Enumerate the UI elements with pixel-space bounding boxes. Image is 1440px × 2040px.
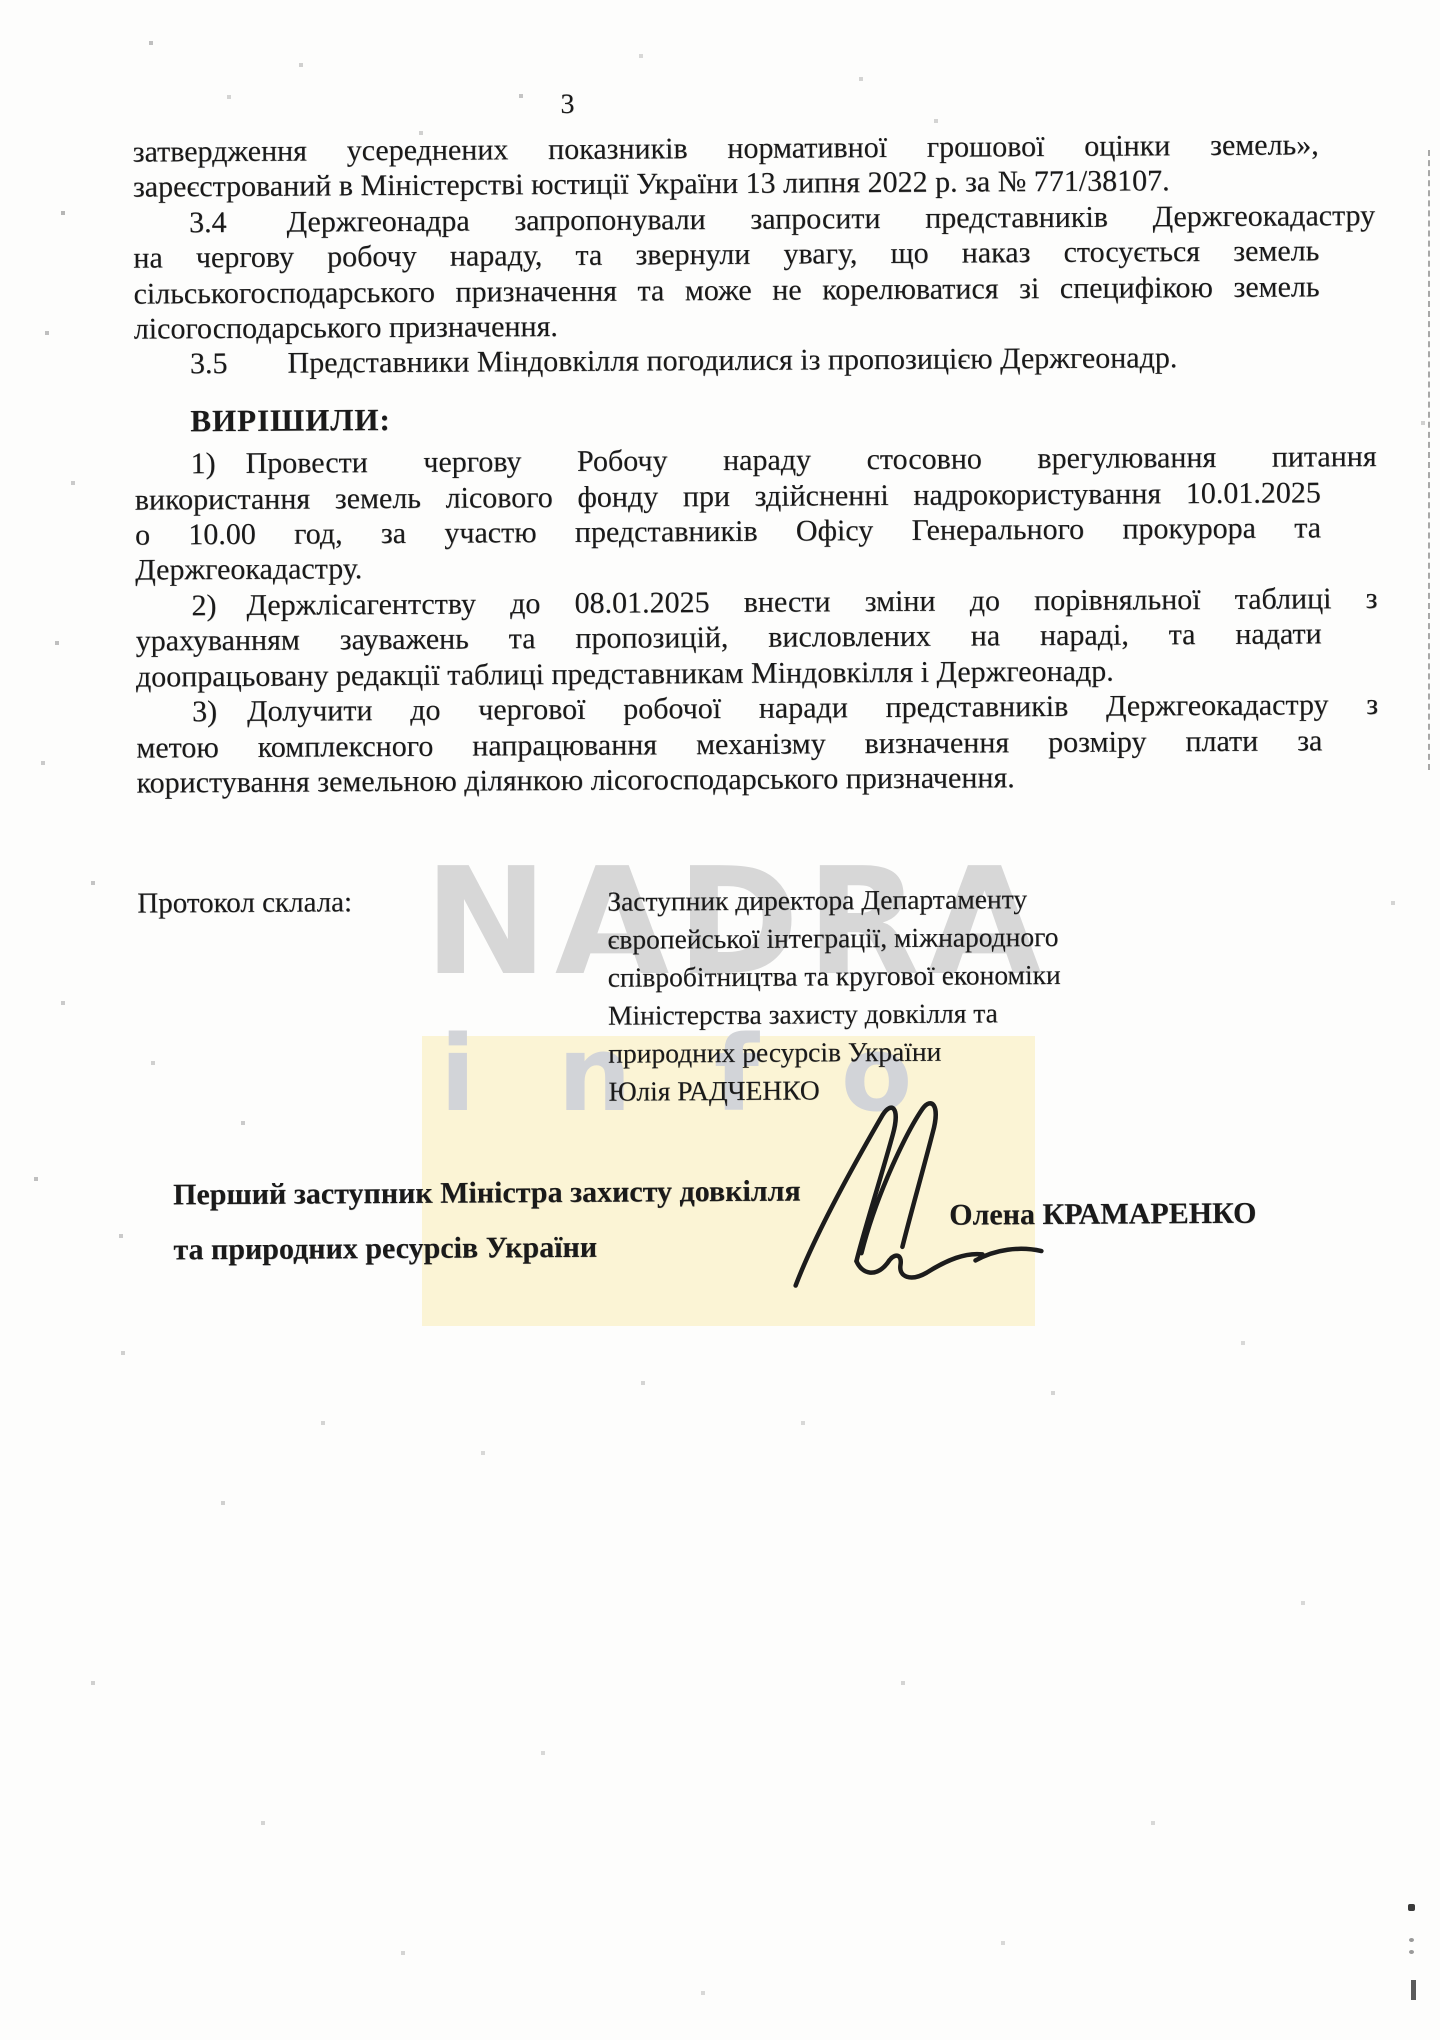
scan-speck xyxy=(1409,1938,1414,1942)
scan-speck xyxy=(1408,1904,1415,1911)
scan-noise xyxy=(0,0,2,2)
scan-speck xyxy=(1409,1950,1414,1954)
doc-line: сільськогосподарського призначення та мо… xyxy=(133,269,1319,312)
author-title-line: природних ресурсів України xyxy=(608,1032,1078,1073)
author-title-line: Міністерства захисту довкілля та xyxy=(608,994,1078,1035)
protocol-author-label: Протокол склала: xyxy=(137,886,352,920)
author-title-line: співробітництва та кругової економіки xyxy=(608,956,1078,997)
signer-name: Олена КРАМАРЕНКО xyxy=(949,1197,1256,1233)
author-title-block: Заступник директора Департаментуєвропейс… xyxy=(607,880,1078,1111)
paragraph-item-3-4: 3.4 Держгеонадра запропонували запросити… xyxy=(133,198,1320,347)
paragraph-decision-2: 2) Держлісагентству до 08.01.2025 внести… xyxy=(135,581,1322,694)
paragraph-item-3-5: 3.5 Представники Міндовкілля погодилися … xyxy=(134,340,1320,383)
paragraph-decision-1: 1) Провести чергову Робочу нараду стосов… xyxy=(134,440,1321,589)
paragraph-resolved-heading: ВИРІШИЛИ: xyxy=(134,396,1320,439)
doc-line: 3.5 Представники Міндовкілля погодилися … xyxy=(134,339,1376,382)
printed-layer: 3 затвердження усереднених показників но… xyxy=(0,0,1440,2040)
paragraph-decision-3: 3) Долучити до чергової робочої наради п… xyxy=(136,687,1323,800)
author-title-line: європейської інтеграції, міжнародного xyxy=(607,918,1077,959)
doc-line: метою комплексного напрацювання механізм… xyxy=(136,723,1322,766)
paragraph-continuation: затвердження усереднених показників норм… xyxy=(133,127,1319,205)
author-title-line: Заступник директора Департаменту xyxy=(607,880,1077,921)
scan-speck xyxy=(1411,1980,1416,2000)
doc-line: урахуванням зауважень та пропозицій, вис… xyxy=(136,617,1322,660)
page-number: 3 xyxy=(560,89,574,121)
doc-line: ВИРІШИЛИ: xyxy=(134,396,1376,439)
scanned-document-page: NADRA info 3 затвердження усереднених по… xyxy=(0,0,1440,2040)
doc-line: користування земельною ділянкою лісогосп… xyxy=(136,758,1322,801)
scan-edge-artifact xyxy=(1428,150,1430,770)
body-paragraphs: затвердження усереднених показників норм… xyxy=(133,127,1323,801)
